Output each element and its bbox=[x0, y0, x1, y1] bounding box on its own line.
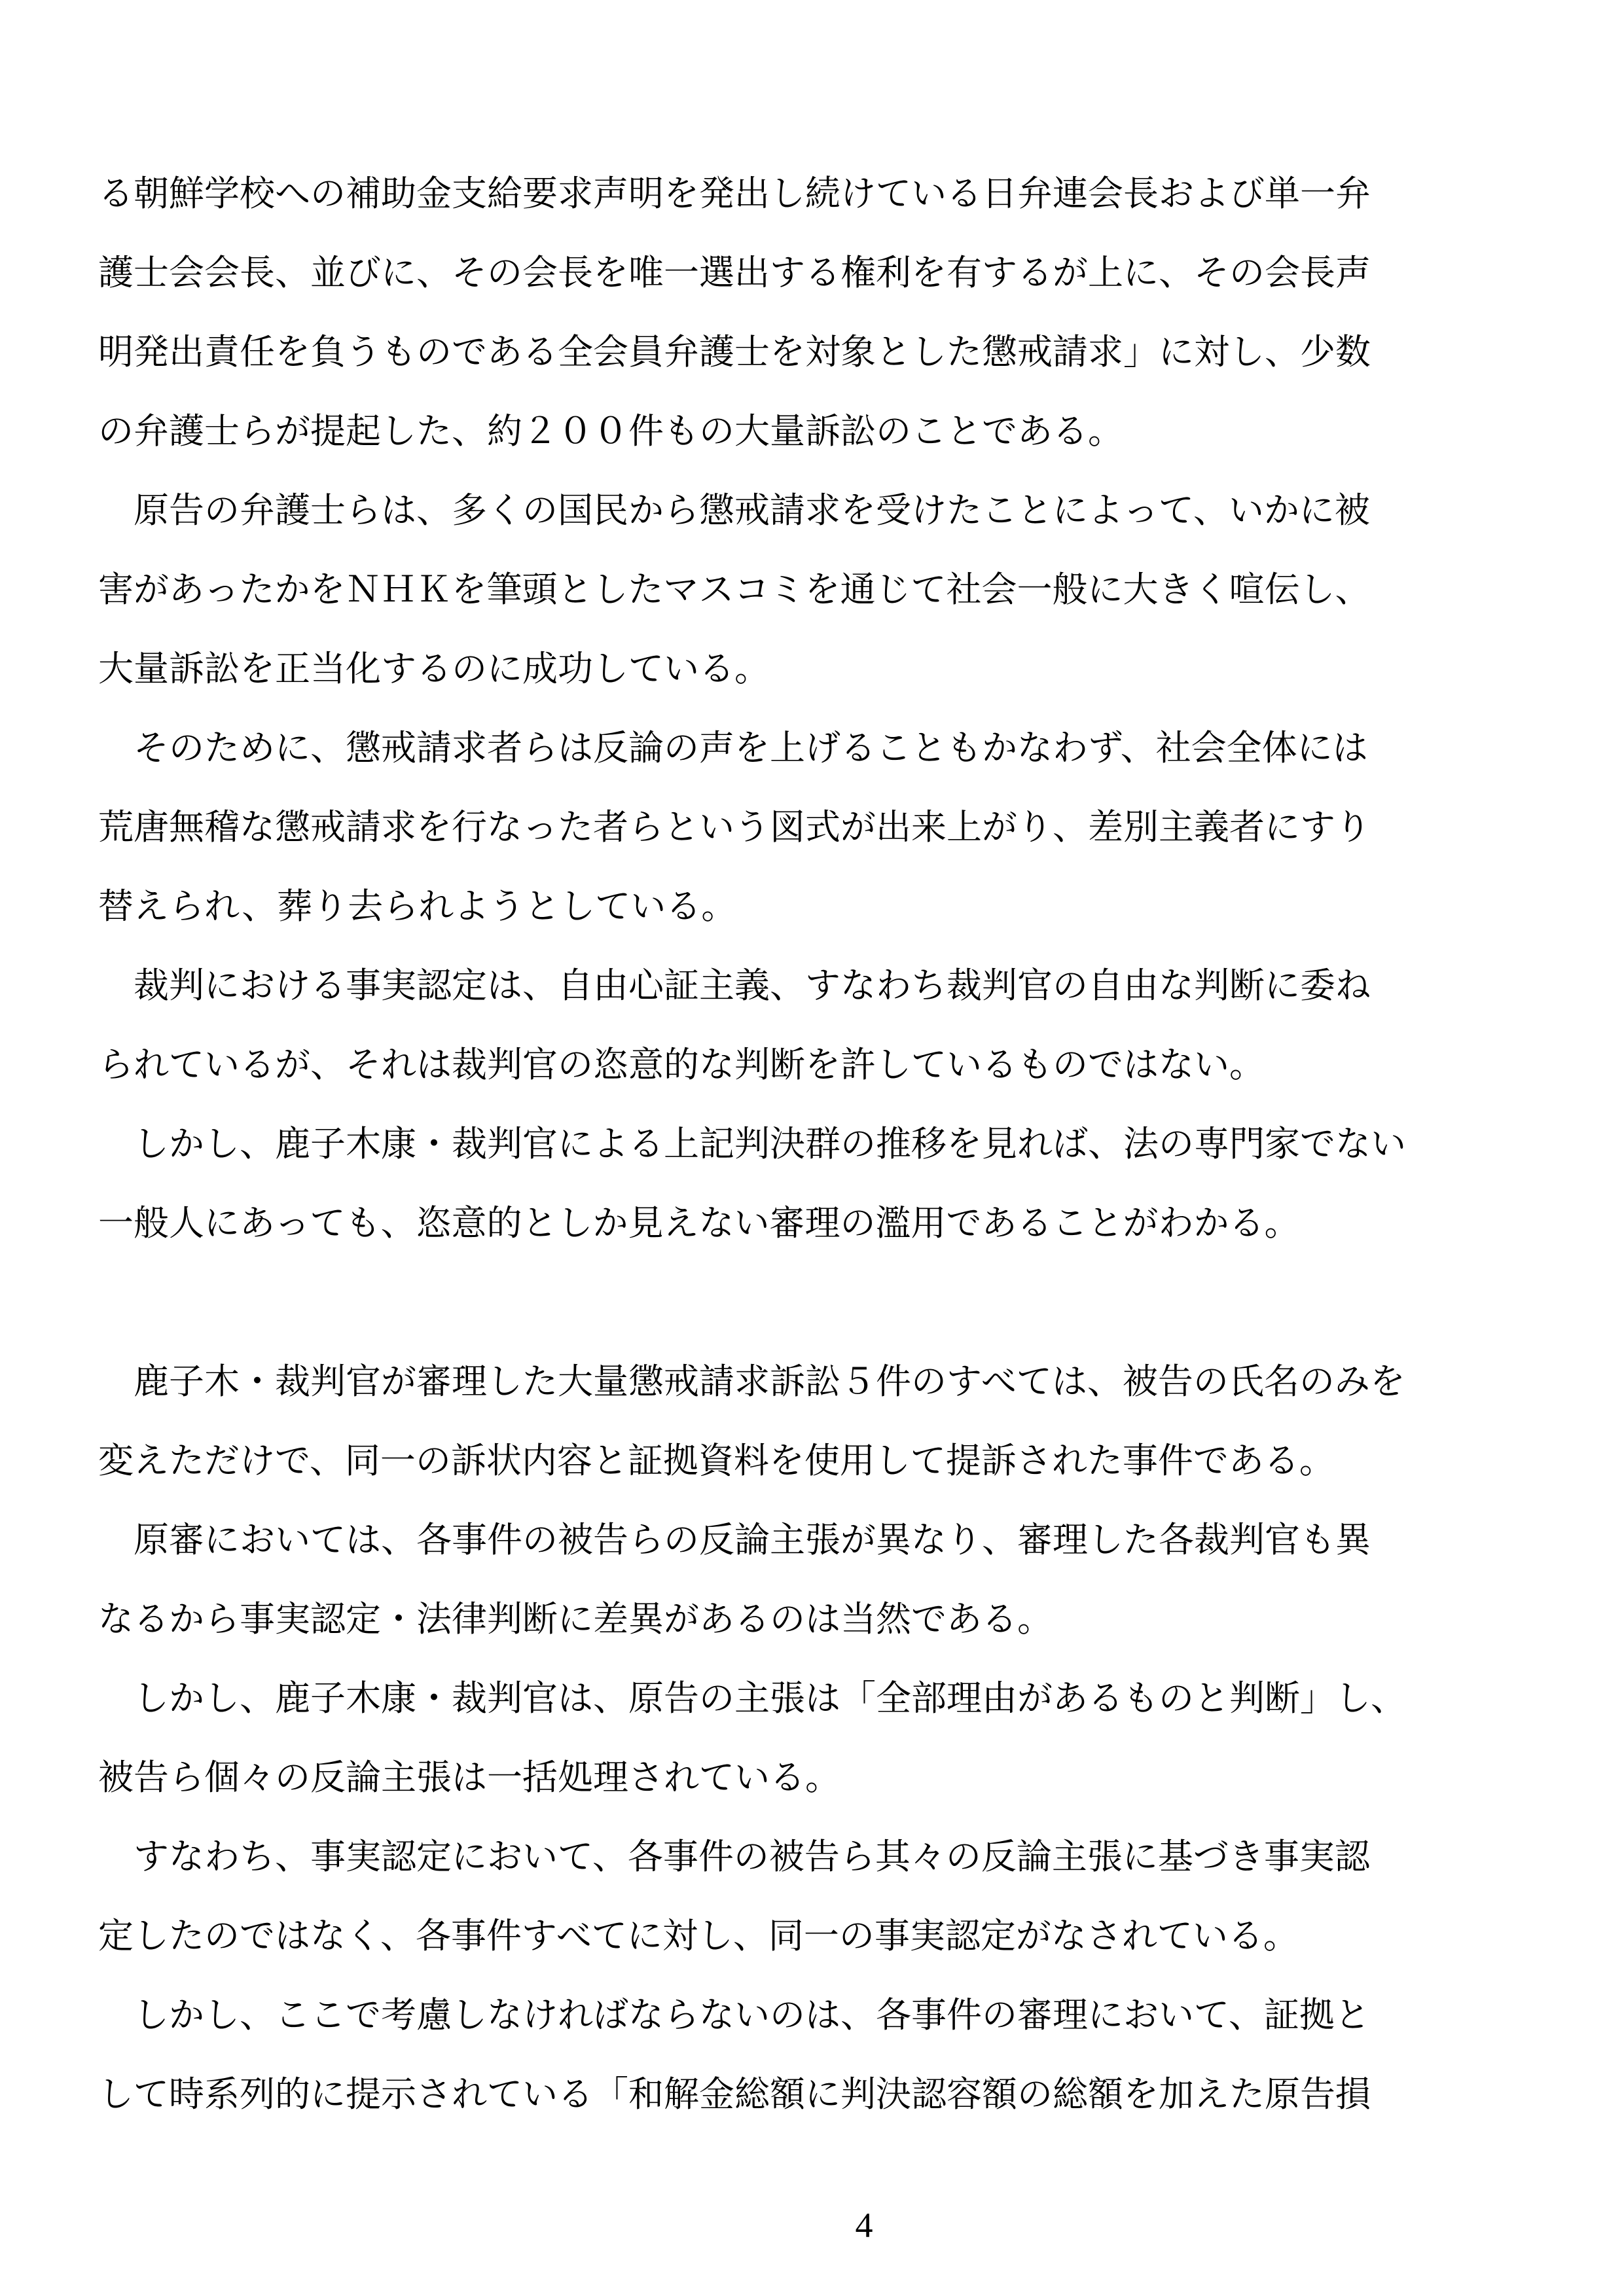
text-line: る朝鮮学校への補助金支給要求声明を発出し続けている日弁連会長および単一弁 bbox=[98, 154, 1525, 234]
text-line: なるから事実認定・法律判断に差異があるのは当然である。 bbox=[98, 1580, 1525, 1659]
text-line: して時系列的に提示されている「和解金総額に判決認容額の総額を加えた原告損 bbox=[98, 2055, 1525, 2134]
text-line: しかし、ここで考慮しなければならないのは、各事件の審理において、証拠と bbox=[98, 1976, 1525, 2055]
text-line: 荒唐無稽な懲戒請求を行なった者らという図式が出来上がり、差別主義者にすり bbox=[98, 788, 1525, 867]
text-line: しかし、鹿子木康・裁判官は、原告の主張は「全部理由があるものと判断」し、 bbox=[98, 1659, 1525, 1738]
text-line: 護士会会長、並びに、その会長を唯一選出する権利を有するが上に、その会長声 bbox=[98, 234, 1525, 313]
text-line: 一般人にあっても、恣意的としか見えない審理の濫用であることがわかる。 bbox=[98, 1184, 1525, 1263]
text-line: すなわち、事実認定において、各事件の被告ら其々の反論主張に基づき事実認 bbox=[98, 1818, 1525, 1897]
text-line: の弁護士らが提起した、約２００件もの大量訴訟のことである。 bbox=[98, 392, 1525, 471]
text-line-blank bbox=[98, 1263, 1525, 1342]
text-line: 定したのではなく、各事件すべてに対し、同一の事実認定がなされている。 bbox=[98, 1897, 1525, 1976]
page-number: 4 bbox=[856, 2205, 873, 2246]
text-line: 変えただけで、同一の訴状内容と証拠資料を使用して提訴された事件である。 bbox=[98, 1422, 1525, 1501]
text-line: られているが、それは裁判官の恣意的な判断を許しているものではない。 bbox=[98, 1026, 1525, 1105]
text-line: 明発出責任を負うものである全会員弁護士を対象とした懲戒請求」に対し、少数 bbox=[98, 313, 1525, 392]
document-page: る朝鮮学校への補助金支給要求声明を発出し続けている日弁連会長および単一弁 護士会… bbox=[0, 0, 1624, 2296]
body-text: る朝鮮学校への補助金支給要求声明を発出し続けている日弁連会長および単一弁 護士会… bbox=[98, 154, 1525, 2134]
text-line: 替えられ、葬り去られようとしている。 bbox=[98, 867, 1525, 946]
text-line: 鹿子木・裁判官が審理した大量懲戒請求訴訟５件のすべては、被告の氏名のみを bbox=[98, 1342, 1525, 1422]
text-line: 裁判における事実認定は、自由心証主義、すなわち裁判官の自由な判断に委ね bbox=[98, 946, 1525, 1026]
text-line: 大量訴訟を正当化するのに成功している。 bbox=[98, 630, 1525, 709]
text-line: そのために、懲戒請求者らは反論の声を上げることもかなわず、社会全体には bbox=[98, 709, 1525, 788]
text-line: 害があったかをＮＨＫを筆頭としたマスコミを通じて社会一般に大きく喧伝し、 bbox=[98, 550, 1525, 630]
text-line: 原審においては、各事件の被告らの反論主張が異なり、審理した各裁判官も異 bbox=[98, 1501, 1525, 1580]
text-line: 被告ら個々の反論主張は一括処理されている。 bbox=[98, 1738, 1525, 1818]
text-line: 原告の弁護士らは、多くの国民から懲戒請求を受けたことによって、いかに被 bbox=[98, 471, 1525, 550]
text-line: しかし、鹿子木康・裁判官による上記判決群の推移を見れば、法の専門家でない bbox=[98, 1105, 1525, 1184]
